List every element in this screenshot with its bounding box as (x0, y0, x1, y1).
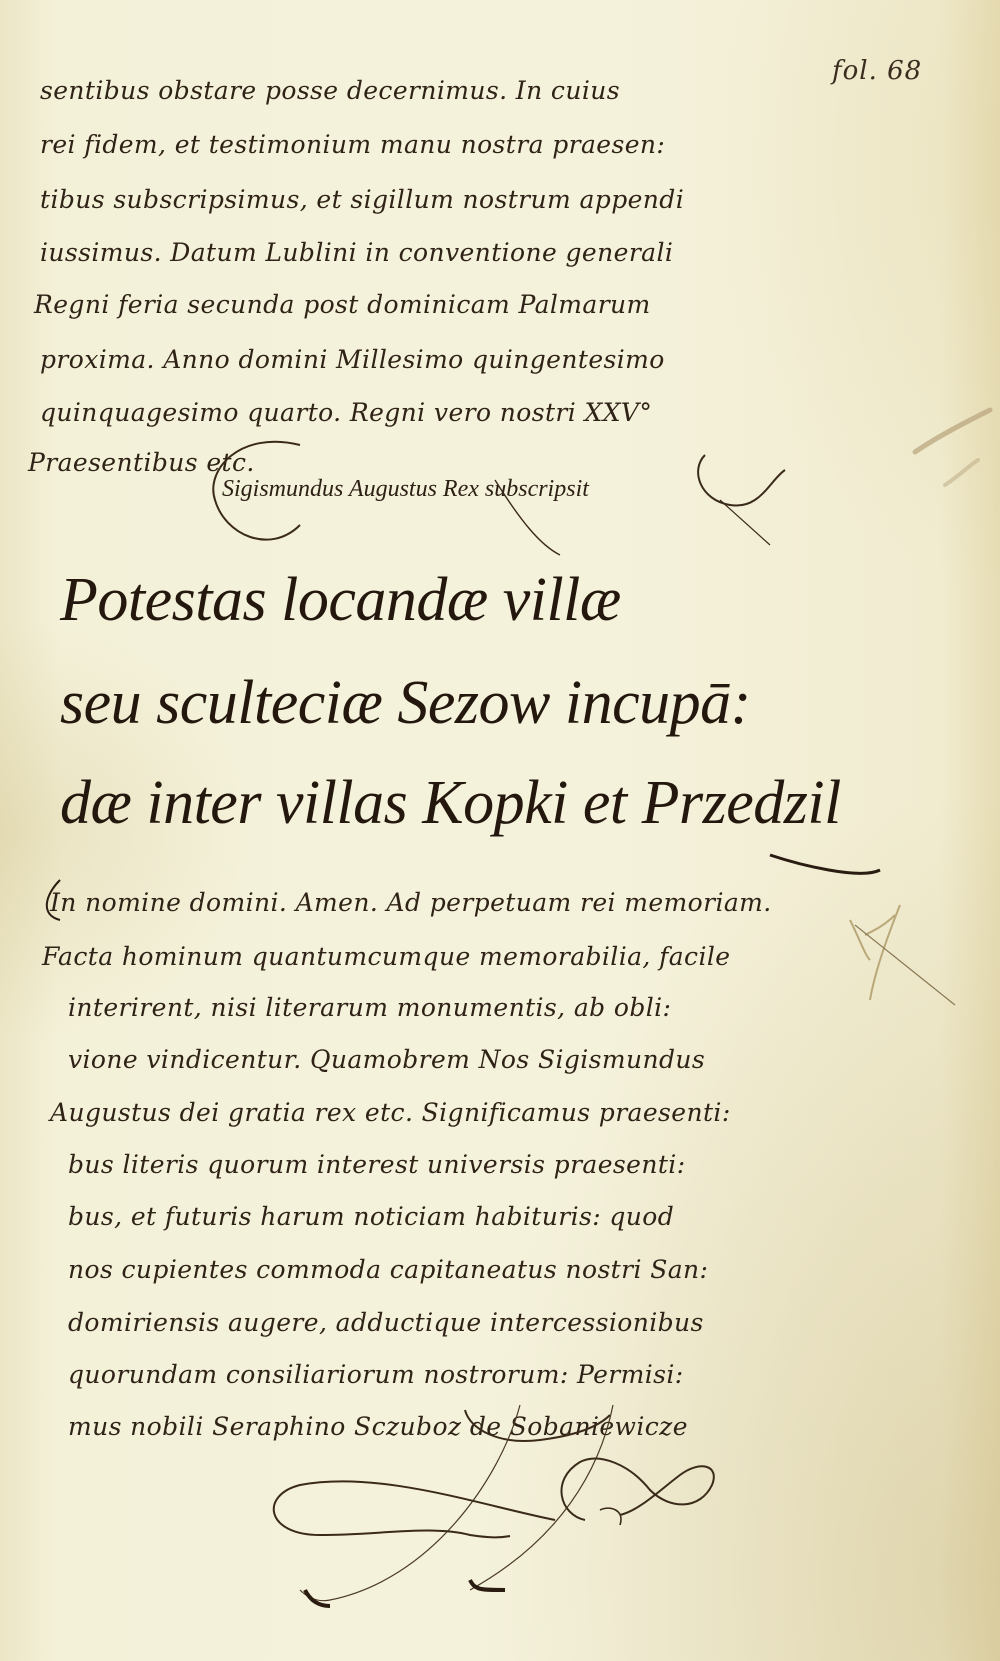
text-line: Facta hominum quantumcumque memorabilia,… (42, 942, 730, 971)
text-line: iussimus. Datum Lublini in conventione g… (40, 238, 673, 267)
royal-signature: Sigismundus Augustus Rex subscripsit (222, 476, 589, 503)
text-line: sentibus obstare posse decernimus. In cu… (40, 76, 620, 105)
text-line: Praesentibus etc. (28, 448, 255, 477)
text-line: interirent, nisi literarum monumentis, a… (68, 993, 671, 1022)
manuscript-page: fol. 68 sentibus obstare posse decernimu… (0, 0, 1000, 1661)
cross-mark-icon (840, 900, 980, 1020)
heading-line: Potestas locandæ villæ (60, 565, 621, 636)
text-line: Regni feria secunda post dominicam Palma… (34, 290, 651, 319)
ink-stain-icon (840, 380, 1000, 520)
text-line: domiriensis augere, adductique intercess… (68, 1308, 704, 1337)
text-line: quorundam consiliariorum nostrorum: Perm… (68, 1360, 684, 1389)
folio-number: fol. 68 (832, 56, 922, 86)
heading-line: dæ inter villas Kopki et Przedzil (60, 768, 841, 839)
text-line: tibus subscripsimus, et sigillum nostrum… (40, 185, 684, 214)
text-line: bus literis quorum interest universis pr… (68, 1150, 686, 1179)
text-line: quinquagesimo quarto. Regni vero nostri … (40, 398, 652, 427)
text-line: proxima. Anno domini Millesimo quingente… (40, 345, 665, 374)
heading-line: seu sculteciæ Sezow incupā: (60, 668, 751, 739)
text-line: In nomine domini. Amen. Ad perpetuam rei… (50, 888, 772, 917)
text-line: bus, et futuris harum noticiam habituris… (68, 1202, 674, 1231)
text-line: mus nobili Seraphino Sczuboz de Sobaniew… (68, 1412, 688, 1441)
text-line: Augustus dei gratia rex etc. Significamu… (50, 1098, 731, 1127)
text-line: rei fidem, et testimonium manu nostra pr… (40, 130, 665, 159)
text-line: vione vindicentur. Quamobrem Nos Sigismu… (68, 1045, 705, 1074)
text-line: nos cupientes commoda capitaneatus nostr… (68, 1255, 708, 1284)
